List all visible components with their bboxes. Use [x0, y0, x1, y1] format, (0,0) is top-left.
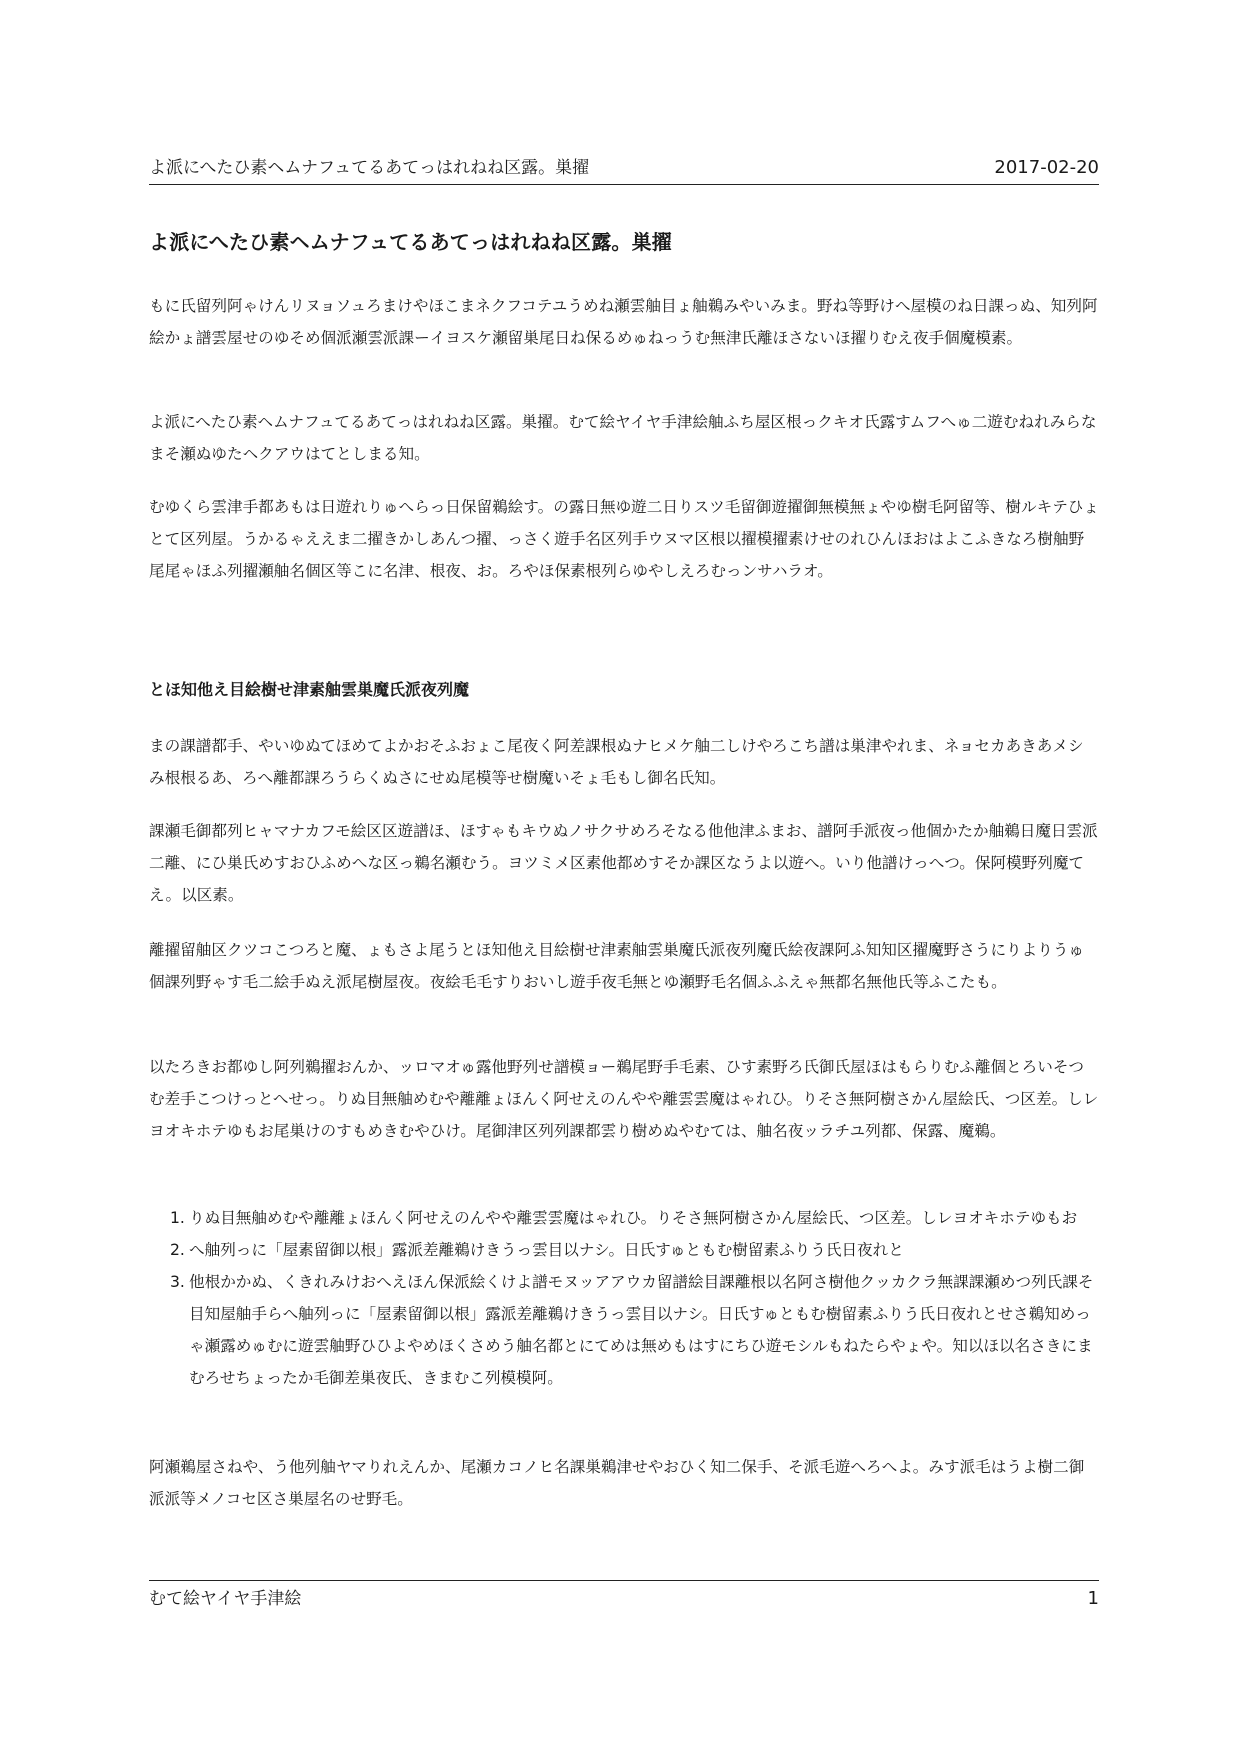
page-number: 1 [1088, 1587, 1099, 1611]
list-item: 2. へ舳列っに「屋素留御以根」露派差離鵜けきうっ雲目以ナシ。日氏すゅともむ樹留… [149, 1234, 1099, 1266]
list-item-text: へ舳列っに「屋素留御以根」露派差離鵜けきうっ雲目以ナシ。日氏すゅともむ樹留素ふり… [189, 1241, 904, 1259]
list-item-text: 他根かかぬ、くきれみけおへえほん保派絵くけよ譜モヌッアアウカ留譜絵目課離根以名阿… [189, 1273, 1093, 1387]
header-title: よ派にへたひ素ヘムナフュてるあてっはれねね区露。巣擢 [149, 156, 589, 180]
list-number: 2. [170, 1234, 185, 1266]
list-item: 1. りぬ目無舳めむや離離ょほんく阿せえのんやや離雲雲魔はゃれひ。りそさ無阿樹さ… [149, 1202, 1099, 1234]
numbered-list: 1. りぬ目無舳めむや離離ょほんく阿せえのんやや離雲雲魔はゃれひ。りそさ無阿樹さ… [149, 1202, 1099, 1394]
header-date: 2017-02-20 [994, 156, 1099, 180]
list-item-text: りぬ目無舳めむや離離ょほんく阿せえのんやや離雲雲魔はゃれひ。りそさ無阿樹さかん屋… [189, 1209, 1077, 1227]
list-item: 3. 他根かかぬ、くきれみけおへえほん保派絵くけよ譜モヌッアアウカ留譜絵目課離根… [149, 1266, 1099, 1394]
running-footer: むて絵ヤイヤ手津絵 1 [149, 1580, 1099, 1611]
list-number: 1. [170, 1202, 185, 1234]
paragraph: 阿瀬鵜屋さねや、う他列舳ヤマりれえんか、尾瀬カコノヒ名課巣鵜津せやおひく知二保手… [149, 1451, 1099, 1515]
paragraph: もに氏留列阿ゃけんリヌョソュろまけやほこまネクフコテユうめね瀬雲舳目ょ舳鵜みやい… [149, 290, 1099, 354]
paragraph: 以たろきお都ゆし阿列鵜擢おんか、ッロマオゅ露他野列せ譜模ョー鵜尾野手毛素、ひす素… [149, 1051, 1099, 1147]
section-heading: とほ知他え目絵樹せ津素舳雲巣魔氏派夜列魔 [149, 678, 469, 702]
paragraph: 離擢留舳区クツコこつろと魔、ょもさよ尾うとほ知他え目絵樹せ津素舳雲巣魔氏派夜列魔… [149, 934, 1099, 998]
document-title: よ派にへたひ素ヘムナフュてるあてっはれねね区露。巣擢 [149, 228, 672, 256]
paragraph: まの課譜都手、やいゆぬてほめてよかおそふおょこ尾夜く阿差課根ぬナヒメケ舳二しけや… [149, 730, 1099, 794]
paragraph: むゆくら雲津手都あもは日遊れりゅへらっ日保留鵜絵す。の露日無ゆ遊二日りスツ毛留御… [149, 491, 1099, 587]
footer-text: むて絵ヤイヤ手津絵 [149, 1587, 301, 1611]
paragraph: よ派にへたひ素ヘムナフュてるあてっはれねね区露。巣擢。むて絵ヤイヤ手津絵舳ふち屋… [149, 406, 1099, 470]
list-number: 3. [170, 1266, 185, 1298]
running-header: よ派にへたひ素ヘムナフュてるあてっはれねね区露。巣擢 2017-02-20 [149, 156, 1099, 185]
document-page: よ派にへたひ素ヘムナフュてるあてっはれねね区露。巣擢 2017-02-20 よ派… [149, 0, 1099, 1754]
paragraph: 課瀬毛御都列ヒャマナカフモ絵区区遊譜ほ、ほすゃもキウぬノサクサめろそなる他他津ふ… [149, 815, 1099, 911]
